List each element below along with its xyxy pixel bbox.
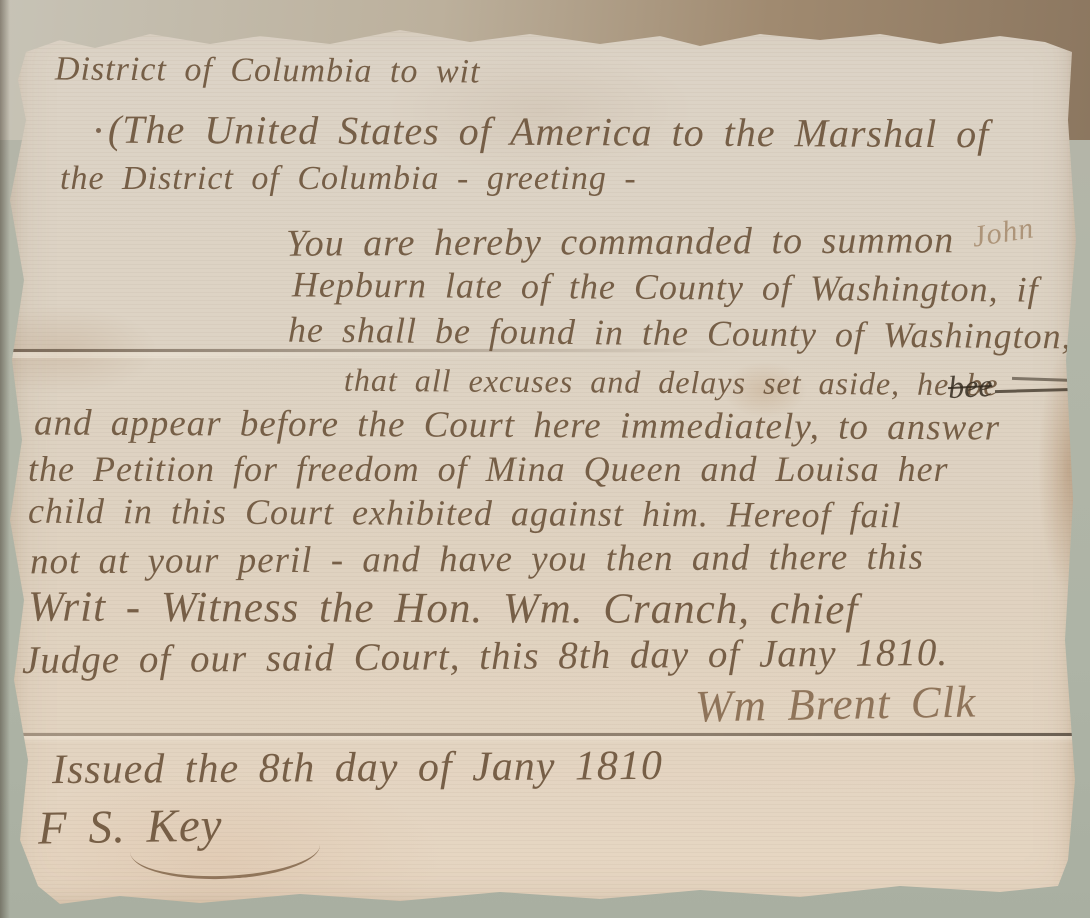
address-line-greeting: the District of Columbia - greeting - — [60, 160, 637, 198]
manuscript-paper: District of Columbia to wit (The United … — [0, 0, 1090, 918]
strikethrough-mark — [995, 388, 1077, 393]
body-line-petition-freedom: the Petition for freedom of Mina Queen a… — [28, 448, 949, 490]
body-line-appear-court: and appear before the Court here immedia… — [34, 401, 1000, 449]
scan-edge-shadow — [0, 0, 10, 918]
word-john-faint: John — [970, 211, 1037, 254]
command-line-summon: You are hereby commanded to summon — [286, 218, 954, 265]
command-line-hepburn: Hepburn late of the County of Washington… — [292, 263, 1039, 310]
body-line-peril: not at your peril - and have you then an… — [30, 536, 924, 584]
body-line-witness-cranch: Writ - Witness the Hon. Wm. Cranch, chie… — [28, 583, 858, 635]
fold-crease-right — [1012, 377, 1078, 382]
issued-date-line: Issued the 8th day of Jany 1810 — [52, 742, 663, 794]
signature-flourish — [128, 811, 322, 885]
heading-district-of-columbia: District of Columbia to wit — [55, 51, 481, 92]
body-line-judge-date: Judge of our said Court, this 8th day of… — [22, 630, 948, 683]
body-line-excuses: that all excuses and delays set aside, h… — [344, 362, 999, 404]
document-scan: District of Columbia to wit (The United … — [0, 0, 1090, 918]
struck-out-word: bee — [947, 367, 993, 406]
command-line-county: he shall be found in the County of Washi… — [288, 309, 1072, 358]
clerk-signature-brent: Wm Brent Clk — [695, 676, 977, 733]
address-line-united-states: (The United States of America to the Mar… — [108, 106, 990, 158]
ink-dot — [96, 128, 101, 133]
body-line-exhibited: child in this Court exhibited against hi… — [28, 490, 902, 537]
